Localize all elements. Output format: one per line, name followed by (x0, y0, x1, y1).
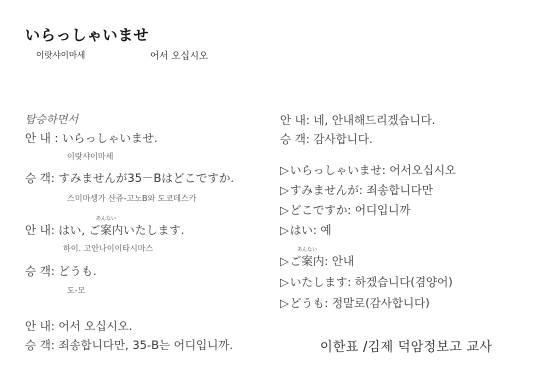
dialogue-reading-1: 이랏샤이마세 (67, 151, 113, 162)
vocab-item-6: ▷いたします: 하겠습니다(겸양어) (280, 274, 453, 290)
vocab-meaning: : 하겠습니다(겸양어) (347, 275, 452, 289)
speaker-label: 안 내: (25, 319, 55, 333)
dialogue-text: はい, (58, 223, 88, 237)
vocab-meaning: : 죄송합니다만 (359, 183, 433, 197)
dialogue-text: いらっしゃいませ. (62, 131, 158, 145)
vocab-term: いらっしゃいませ (290, 163, 382, 177)
speaker-label: 승 객: (280, 132, 310, 146)
translation-text: 죄송합니다만, 35-B는 어디입니까. (58, 338, 233, 352)
dialogue-line-3: 안 내: はい, あんないご案内いたします. (25, 222, 184, 238)
ruby-text: あんない (297, 246, 317, 253)
translation-text: 감사합니다. (313, 132, 372, 146)
dialogue-reading-2: 스미마셍가 산쥬-고노B와 도코데스카 (67, 193, 196, 204)
speaker-label: 승 객: (25, 264, 55, 278)
speaker-label: 안 내: (280, 113, 310, 127)
ruby-text: あんない (96, 215, 116, 222)
vocab-meaning: : 어서오십시오 (382, 163, 456, 177)
translation-line-3: 안 내: 네, 안내해드리겠습니다. (280, 112, 435, 128)
speaker-label: 안 내 : (25, 131, 58, 145)
vocab-meaning: : 안내 (324, 254, 354, 268)
ruby-word: あんないご案内 (89, 222, 124, 238)
vocab-item-3: ▷どこですか: 어디입니까 (280, 202, 410, 218)
lesson-title-translation: 어서 오십시오 (150, 48, 208, 62)
translation-text: 어서 오십시오. (58, 319, 132, 333)
dialogue-text: どうも. (58, 264, 96, 278)
ruby-word: あんないご案内 (290, 253, 325, 269)
lesson-title: いらっしゃいませ (25, 24, 149, 45)
triangle-right-icon: ▷ (280, 296, 289, 310)
triangle-right-icon: ▷ (280, 203, 289, 217)
triangle-right-icon: ▷ (280, 223, 289, 237)
translation-line-1: 안 내: 어서 오십시오. (25, 318, 132, 334)
vocab-term: いたします (290, 275, 348, 289)
dialogue-line-1: 안 내 : いらっしゃいませ. (25, 130, 158, 146)
triangle-right-icon: ▷ (280, 275, 289, 289)
speaker-label: 안 내: (25, 223, 55, 237)
vocab-term: どこですか (290, 203, 348, 217)
dialogue-line-2: 승 객: すみませんが35－Bはどこですか. (25, 170, 234, 186)
translation-line-4: 승 객: 감사합니다. (280, 131, 373, 147)
vocab-term: はい (290, 223, 313, 237)
vocab-item-1: ▷いらっしゃいませ: 어서오십시오 (280, 162, 456, 178)
speaker-label: 승 객: (25, 171, 55, 185)
author-credit: 이한표 /김제 덕암정보고 교사 (320, 336, 492, 355)
dialogue-text: いたします. (123, 223, 184, 237)
vocab-term: ご案内 (290, 254, 325, 268)
dialogue-text: すみませんが35－Bはどこですか. (58, 171, 234, 185)
vocab-item-7: ▷どうも: 정말로(감사합니다) (280, 295, 430, 311)
ruby-base: ご案内 (89, 223, 124, 237)
section-title: 탑승하면서 (25, 111, 78, 127)
vocab-meaning: : 어디입니까 (347, 203, 410, 217)
vocab-meaning: : 예 (313, 223, 332, 237)
vocab-item-4: ▷はい: 예 (280, 222, 332, 238)
triangle-right-icon: ▷ (280, 163, 289, 177)
translation-line-2: 승 객: 죄송합니다만, 35-B는 어디입니까. (25, 337, 233, 353)
dialogue-reading-3: 하이. 고안나이이타시마스 (63, 243, 153, 254)
vocab-term: すみませんが (290, 183, 359, 197)
dialogue-reading-4: 도-모 (67, 285, 85, 296)
vocab-meaning: : 정말로(감사합니다) (324, 296, 429, 310)
speaker-label: 승 객: (25, 338, 55, 352)
vocab-term: どうも (290, 296, 325, 310)
triangle-right-icon: ▷ (280, 183, 289, 197)
translation-text: 네, 안내해드리겠습니다. (313, 113, 435, 127)
vocab-item-2: ▷すみませんが: 죄송합니다만 (280, 182, 433, 198)
vocab-item-5: ▷あんないご案内: 안내 (280, 253, 354, 269)
dialogue-line-4: 승 객: どうも. (25, 263, 97, 279)
lesson-title-reading: 이랏샤이마세 (36, 49, 85, 61)
triangle-right-icon: ▷ (280, 254, 289, 268)
